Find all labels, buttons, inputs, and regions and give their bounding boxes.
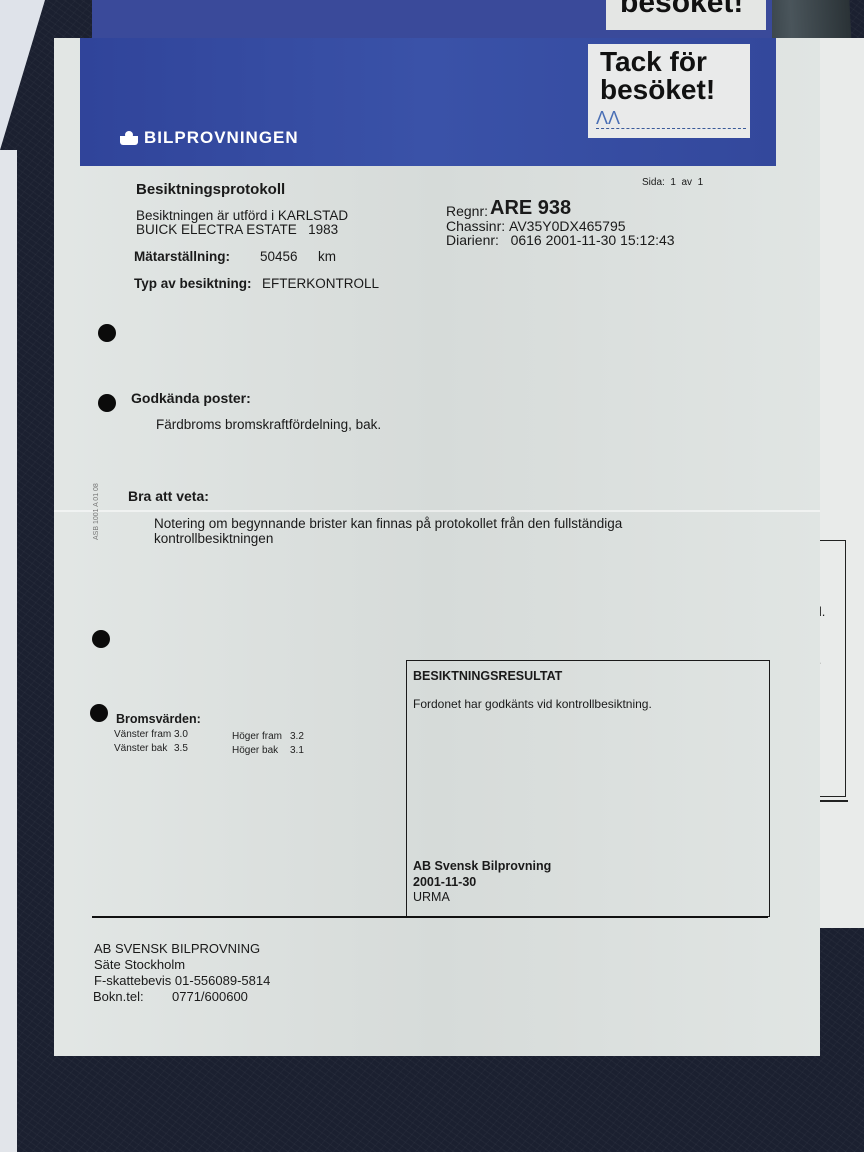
brake-label: Höger bak (232, 745, 278, 756)
regnr-value: ARE 938 (490, 197, 571, 220)
brand-logo: BILPROVNINGEN (120, 128, 299, 148)
background-paper-left-strip (0, 150, 17, 1152)
brake-label: Vänster fram (114, 729, 171, 740)
thank-you-stamp: Tack förbesöket! ɅɅ (588, 44, 750, 138)
page-indicator: Sida: 1 av 1 (642, 177, 703, 188)
brake-values-heading: Bromsvärden: (116, 712, 201, 726)
inspection-result-box: BESIKTNINGSRESULTAT Fordonet har godkänt… (406, 660, 770, 917)
vehicle-model: BUICK ELECTRA ESTATE (136, 222, 297, 237)
signature: ɅɅ (596, 108, 746, 129)
result-heading: BESIKTNINGSRESULTAT (413, 669, 562, 683)
inspection-location: Besiktningen är utförd i KARLSTAD (136, 208, 348, 223)
document-title: Besiktningsprotokoll (136, 181, 285, 198)
vehicle-year: 1983 (308, 222, 338, 237)
odometer-label: Mätarställning: (134, 249, 230, 264)
brake-value: 3.0 (174, 729, 188, 740)
form-code: ASB 1001 A 01 08 (93, 483, 100, 540)
approved-items-heading: Godkända poster: (131, 390, 251, 406)
footer-booking-phone: 0771/600600 (172, 989, 248, 1004)
brake-label: Höger fram (232, 731, 282, 742)
result-signer-date: 2001-11-30 (413, 875, 476, 889)
footer-booking-label: Bokn.tel: (93, 989, 144, 1004)
stamp-line-1: Tack för (600, 46, 707, 77)
inspection-type-label: Typ av besiktning: (134, 276, 252, 291)
stamp-line-2: besöket! (600, 74, 715, 105)
footer-divider (92, 916, 768, 918)
inspection-type-value: EFTERKONTROLL (262, 276, 379, 291)
underlying-document-top: besöket! (92, 0, 772, 38)
punch-hole (98, 394, 116, 412)
punch-hole (90, 704, 108, 722)
footer-company: AB SVENSK BILPROVNING (94, 941, 260, 956)
result-signer-org: AB Svensk Bilprovning (413, 859, 551, 873)
result-signer-code: URMA (413, 890, 450, 904)
brake-value: 3.5 (174, 743, 188, 754)
regnr-label: Regnr: (446, 203, 488, 219)
good-to-know-heading: Bra att veta: (128, 488, 209, 504)
good-to-know-text-cont: kontrollbesiktningen (154, 531, 273, 546)
punch-hole (92, 630, 110, 648)
result-text: Fordonet har godkänts vid kontrollbesikt… (413, 697, 652, 711)
approved-item: Färdbroms bromskraftfördelning, bak. (156, 417, 381, 432)
brand-name: BILPROVNINGEN (144, 128, 299, 148)
brake-value: 3.1 (290, 745, 304, 756)
underlying-stamp: besöket! (606, 0, 766, 30)
brake-value: 3.2 (290, 731, 304, 742)
punch-hole (98, 324, 116, 342)
paper-fold (54, 510, 820, 512)
odometer-unit: km (318, 249, 336, 264)
odometer-value: 50456 (260, 249, 298, 264)
good-to-know-text: Notering om begynnande brister kan finna… (154, 516, 622, 531)
footer-tax-cert: F-skattebevis 01-556089-5814 (94, 973, 270, 988)
bilprovningen-logo-icon (120, 131, 138, 145)
diary-number: Diarienr: 0616 2001-11-30 15:12:43 (446, 232, 675, 248)
brake-label: Vänster bak (114, 743, 167, 754)
background-paper-left (0, 0, 45, 150)
vehicle-line: BUICK ELECTRA ESTATE 1983 (136, 222, 338, 237)
footer-seat: Säte Stockholm (94, 957, 185, 972)
